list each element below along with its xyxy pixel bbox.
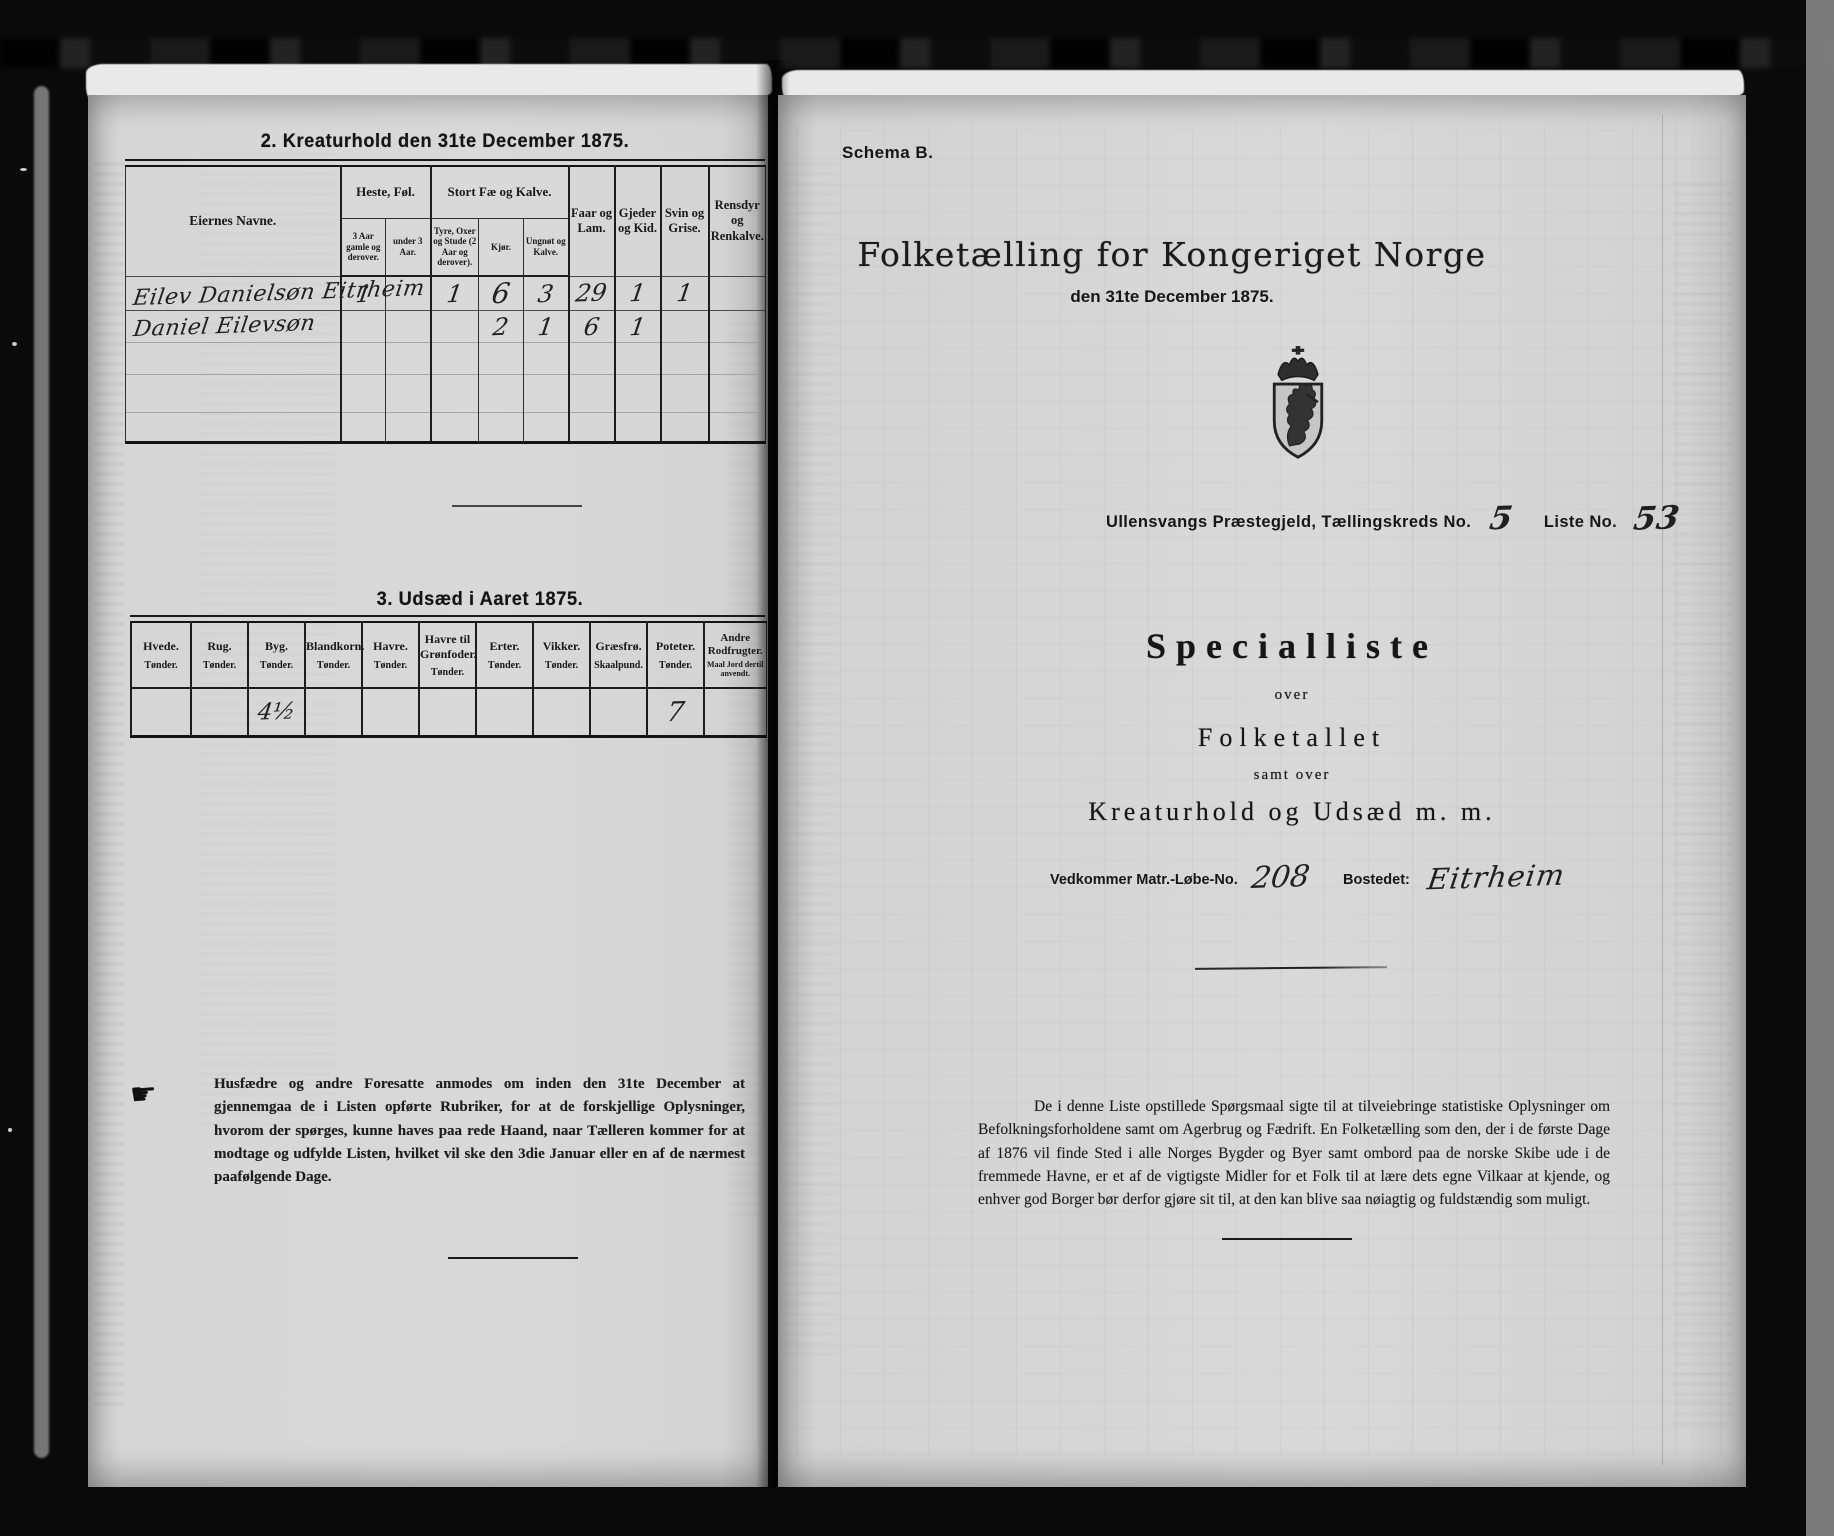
footnote-paragraph: Husfædre og andre Foresatte anmodes om i… — [214, 1073, 745, 1189]
scan-speck — [20, 168, 27, 171]
district-line: Ullensvangs Præstegjeld, Tællingskreds N… — [1106, 497, 1679, 535]
udsaed-table: Hvede. Tønder. Rug. Tønder. Byg. Tønder.… — [130, 621, 767, 738]
owner-name-handwritten: Daniel Eilevsøn — [132, 311, 317, 342]
column-unit: Skaalpund. — [591, 660, 646, 671]
column-label: Græsfrø. — [591, 639, 646, 653]
column-header-vikker: Vikker. Tønder. — [533, 622, 590, 688]
census-date-line: den 31te December 1875. — [688, 287, 1656, 307]
bosted-handwritten: Eitrheim — [1425, 858, 1567, 897]
table-top-rule — [130, 615, 765, 617]
cell-value: 29 — [574, 279, 609, 308]
reference-line: Vedkommer Matr.-Løbe-No. 208 Bostedet: E… — [1050, 857, 1564, 892]
column-label: Havre. — [363, 639, 418, 653]
column-header-graesfroe: Græsfrø. Skaalpund. — [590, 622, 647, 688]
subcolumn-heste-gamle: 3 Aar gamle og derover. — [341, 218, 386, 276]
column-label: Erter. — [477, 639, 532, 653]
section-divider-rule — [452, 505, 582, 507]
list-title-samt-over: samt over — [808, 767, 1776, 784]
left-page: 2. Kreaturhold den 31te December 1875. E… — [88, 95, 768, 1487]
scan-right-page-edge — [1806, 0, 1834, 1536]
kreaturhold-empty-row — [126, 375, 766, 413]
kreaturhold-title: 2. Kreaturhold den 31te December 1875. — [138, 131, 752, 153]
cell-value: 1 — [354, 279, 373, 308]
cell-value: 2 — [491, 312, 510, 341]
column-unit: Tønder. — [249, 660, 304, 671]
column-label: Havre til Grønfoder. — [420, 632, 475, 661]
column-unit: Tønder. — [306, 660, 361, 671]
kreaturhold-empty-row — [126, 343, 766, 375]
matr-number-handwritten: 208 — [1249, 859, 1312, 896]
column-label: Poteter. — [648, 639, 703, 653]
column-unit: Tønder. — [132, 660, 190, 671]
column-group-heste: Heste, Føl. — [341, 166, 431, 218]
column-header-gjeder: Gjeder og Kid. — [615, 166, 661, 276]
left-sheet-top-edge — [86, 64, 772, 98]
sheet-fold-line — [1662, 115, 1663, 1465]
explanatory-paragraph: De i denne Liste opstillede Spørgsmaal s… — [978, 1095, 1610, 1211]
column-group-stortfae: Stort Fæ og Kalve. — [431, 166, 569, 218]
bottom-divider-rule — [448, 1257, 578, 1259]
column-header-havre-groenfoder: Havre til Grønfoder. Tønder. — [419, 622, 476, 688]
column-unit: Tønder. — [477, 660, 532, 671]
column-header-havre: Havre. Tønder. — [362, 622, 419, 688]
schema-label: Schema B. — [842, 143, 933, 163]
subcolumn-kjoer: Kjør. — [479, 218, 524, 276]
bottom-divider-rule — [1222, 1238, 1352, 1240]
scan-speck — [12, 342, 17, 346]
cell-value: 6 — [490, 277, 513, 311]
norway-coat-of-arms — [1260, 345, 1336, 463]
scanned-census-spread: 2. Kreaturhold den 31te December 1875. E… — [0, 0, 1834, 1536]
kreaturhold-row-2: Daniel Eilevsøn 2 1 6 1 — [126, 311, 766, 343]
scan-left-page-edge — [34, 86, 49, 1458]
cell-value: 3 — [536, 279, 555, 308]
manicule-icon: ☛ — [129, 1076, 158, 1113]
column-unit: Tønder. — [648, 660, 703, 671]
bosted-label: Bostedet: — [1343, 872, 1410, 888]
list-title-over: over — [808, 687, 1776, 704]
column-unit: Tønder. — [363, 660, 418, 671]
bleedthrough-texture — [796, 125, 1726, 1455]
column-header-erter: Erter. Tønder. — [476, 622, 533, 688]
column-label: Rug. — [192, 639, 247, 653]
column-label: Byg. — [249, 639, 304, 653]
cell-value: 7 — [665, 696, 687, 728]
list-title-main: Specialliste — [808, 625, 1776, 667]
right-page: Schema B. Folketælling for Kongeriget No… — [778, 95, 1746, 1487]
udsaed-title: 3. Udsæd i Aaret 1875. — [230, 589, 729, 611]
column-header-owners: Eiernes Navne. — [126, 166, 341, 276]
table-top-rule — [125, 159, 765, 161]
column-header-hvede: Hvede. Tønder. — [131, 622, 191, 688]
column-header-poteter: Poteter. Tønder. — [647, 622, 704, 688]
column-unit: Tønder. — [534, 660, 589, 671]
handdrawn-rule — [1195, 966, 1387, 970]
census-main-title: Folketælling for Kongeriget Norge — [688, 235, 1656, 274]
kreaturhold-row-1: Eilev Danielsøn Eitrheim 1 1 6 3 29 1 1 — [126, 276, 766, 311]
column-header-faar: Faar og Lam. — [569, 166, 615, 276]
subcolumn-tyre: Tyre, Oxer og Stude (2 Aar og derover). — [431, 218, 479, 276]
subcolumn-heste-unge: under 3 Aar. — [386, 218, 431, 276]
kreds-number-handwritten: 5 — [1487, 499, 1515, 538]
column-unit: Tønder. — [420, 667, 475, 678]
right-sheet-top-edge — [782, 70, 1744, 98]
cell-value: 1 — [628, 312, 647, 341]
matr-label: Vedkommer Matr.-Løbe-No. — [1050, 872, 1238, 888]
column-header-rug: Rug. Tønder. — [191, 622, 248, 688]
cell-value: 1 — [536, 312, 555, 341]
liste-number-handwritten: 53 — [1631, 498, 1682, 538]
kreaturhold-table: Eiernes Navne. Heste, Føl. Stort Fæ og K… — [125, 165, 766, 444]
udsaed-values-row: 4½ 7 — [131, 688, 766, 737]
column-unit: Tønder. — [192, 660, 247, 671]
column-label: Blandkorn. — [306, 639, 361, 653]
cell-value: 6 — [582, 312, 601, 341]
column-header-blandkorn: Blandkorn. Tønder. — [305, 622, 362, 688]
kreaturhold-empty-row — [126, 413, 766, 443]
bleedthrough-texture — [94, 155, 124, 1405]
list-title-kreaturhold: Kreaturhold og Udsæd m. m. — [808, 797, 1776, 827]
district-prefix: Ullensvangs Præstegjeld, Tællingskreds N… — [1106, 513, 1471, 531]
scan-speck — [8, 1128, 12, 1132]
column-label: Vikker. — [534, 639, 589, 653]
subcolumn-ungnoet: Ungnøt og Kalve. — [524, 218, 569, 276]
column-header-byg: Byg. Tønder. — [248, 622, 305, 688]
liste-label: Liste No. — [1544, 513, 1617, 531]
cell-value: 4½ — [256, 698, 297, 725]
cell-value: 1 — [445, 279, 464, 308]
column-label: Hvede. — [132, 639, 190, 653]
bleedthrough-texture — [782, 155, 837, 1355]
list-title-folketallet: Folketallet — [808, 723, 1776, 753]
coat-of-arms-graphic — [1260, 345, 1336, 463]
cell-value: 1 — [628, 279, 647, 308]
